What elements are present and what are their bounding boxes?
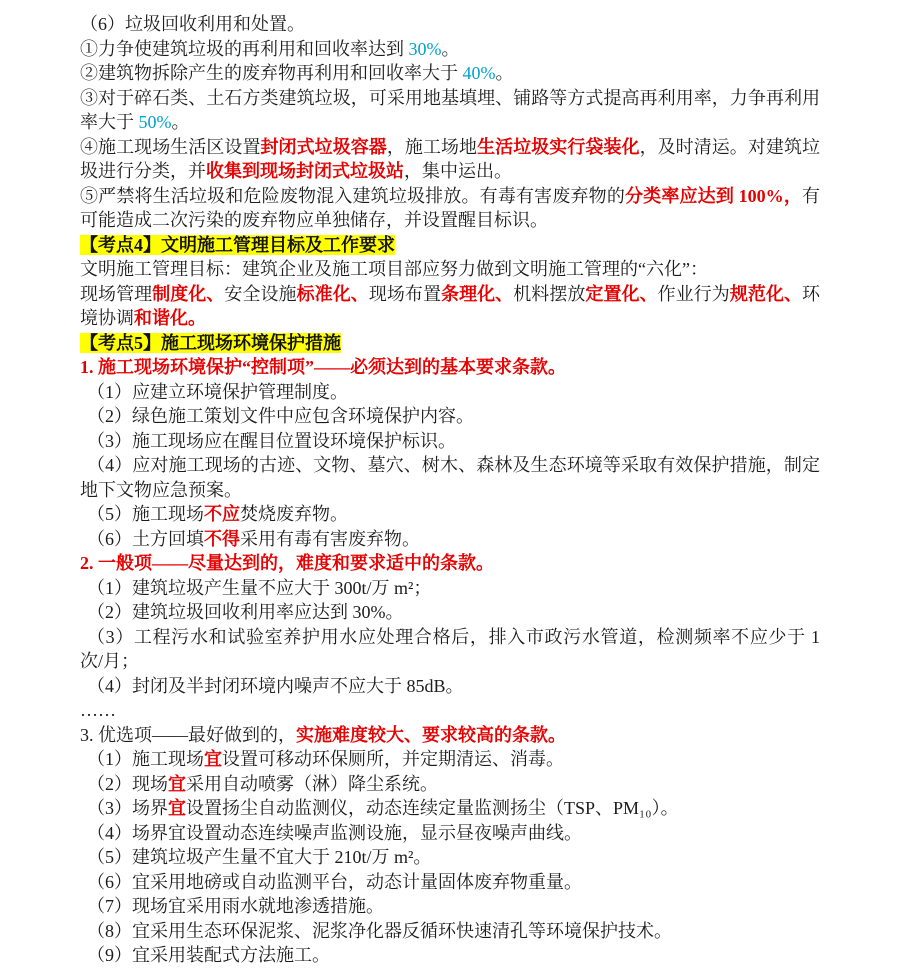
general-item-2: （2）建筑垃圾回收利用率应达到 30%。: [80, 600, 820, 625]
red-emphasis-run: 标准化、: [297, 284, 369, 304]
section-3-preferred-items-heading: 3. 优选项——最好做到的，实施难度较大、要求较高的条款。: [80, 723, 820, 748]
sub-item-4-closed-containers: ④施工现场生活区设置封闭式垃圾容器，施工场地生活垃圾实行袋装化，及时清运。对建筑…: [80, 135, 820, 184]
keypoint-highlight: 【考点4】文明施工管理目标及工作要求: [80, 235, 395, 255]
text-run: 作业行为: [658, 284, 730, 304]
red-emphasis-run: 条理化、: [441, 284, 513, 304]
red-emphasis-run: 规范化、: [730, 284, 802, 304]
text-run: （1）施工现场: [87, 749, 204, 769]
general-item-4: （4）封闭及半封闭环境内噪声不应大于 85dB。: [80, 674, 820, 699]
text-run: （3）工程污水和试验室养护用水应处理合格后，排入市政污水管道，检测频率不应少于 …: [80, 627, 820, 672]
section-2-general-items-heading: 2. 一般项——尽量达到的，难度和要求适中的条款。: [80, 551, 820, 576]
text-run: 设置扬尘自动监测仪，动态连续定量监测扬尘（TSP、PM₁₀）。: [186, 798, 679, 818]
text-run: （8）宜采用生态环保泥浆、泥浆净化器反循环快速清孔等环境保护技术。: [87, 921, 672, 941]
text-run: 采用有毒有害废弃物。: [240, 529, 420, 549]
text-run: ，集中运出。: [404, 161, 512, 181]
control-item-2: （2）绿色施工策划文件中应包含环境保护内容。: [80, 404, 820, 429]
section-1-control-items-heading: 1. 施工现场环境保护“控制项”——必须达到的基本要求条款。: [80, 355, 820, 380]
text-run: （4）场界宜设置动态连续噪声监测设施，显示昼夜噪声曲线。: [87, 823, 582, 843]
sub-item-5-hazardous-waste: ⑤严禁将生活垃圾和危险废物混入建筑垃圾排放。有毒有害废弃物的分类率应达到 100…: [80, 184, 820, 233]
text-run: ①力争使建筑垃圾的再利用和回收率达到: [80, 39, 409, 59]
text-run: （2）建筑垃圾回收利用率应达到 30%。: [87, 602, 404, 622]
blue-value-run: 30%: [409, 39, 442, 59]
red-emphasis-run: 不应: [204, 504, 240, 524]
preferred-item-6: （6）宜采用地磅或自动监测平台，动态计量固体废弃物重量。: [80, 870, 820, 895]
general-item-3: （3）工程污水和试验室养护用水应处理合格后，排入市政污水管道，检测频率不应少于 …: [80, 625, 820, 674]
preferred-item-3: （3）场界宜设置扬尘自动监测仪，动态连续定量监测扬尘（TSP、PM₁₀）。: [80, 796, 820, 821]
text-run: 机料摆放: [513, 284, 585, 304]
text-run: （6）宜采用地磅或自动监测平台，动态计量固体废弃物重量。: [87, 872, 582, 892]
text-run: （3）施工现场应在醒目位置设环境保护标识。: [87, 431, 456, 451]
red-emphasis-run: 宜: [168, 798, 186, 818]
control-item-4: （4）应对施工现场的古迹、文物、墓穴、树木、森林及生态环境等采取有效保护措施，制…: [80, 453, 820, 502]
preferred-item-7: （7）现场宜采用雨水就地渗透措施。: [80, 894, 820, 919]
sub-item-3-gravel-reuse: ③对于碎石类、土石方类建筑垃圾，可采用地基填埋、铺路等方式提高再利用率，力争再利…: [80, 86, 820, 135]
text-run: 。: [496, 63, 514, 83]
text-run: ，施工场地: [387, 137, 477, 157]
text-run: 设置可移动环保厕所，并定期清运、消毒。: [222, 749, 564, 769]
text-run: 现场管理: [80, 284, 152, 304]
general-item-1: （1）建筑垃圾产生量不应大于 300t/万 m²；: [80, 576, 820, 601]
red-emphasis-run: 和谐化。: [134, 308, 206, 328]
ellipsis-line: ……: [80, 698, 820, 723]
text-run: 采用自动喷雾（淋）降尘系统。: [186, 774, 438, 794]
preferred-item-1: （1）施工现场宜设置可移动环保厕所，并定期清运、消毒。: [80, 747, 820, 772]
sub-item-2-demolition-rate: ②建筑物拆除产生的废弃物再利用和回收率大于 40%。: [80, 61, 820, 86]
text-run: ③对于碎石类、土石方类建筑垃圾，可采用地基填埋、铺路等方式提高再利用率，力争再利…: [80, 88, 820, 133]
text-run: （2）现场: [87, 774, 168, 794]
text-run: （4）应对施工现场的古迹、文物、墓穴、树木、森林及生态环境等采取有效保护措施，制…: [80, 455, 820, 500]
text-run: （5）施工现场: [87, 504, 204, 524]
blue-value-run: 50%: [139, 112, 172, 132]
text-run: （6）垃圾回收利用和处置。: [80, 14, 305, 34]
text-run: 安全设施: [224, 284, 296, 304]
text-run: （2）绿色施工策划文件中应包含环境保护内容。: [87, 406, 474, 426]
text-run: （4）封闭及半封闭环境内噪声不应大于 85dB。: [87, 676, 464, 696]
text-run: 3. 优选项——最好做到的，: [80, 725, 296, 745]
civilized-construction-goal: 文明施工管理目标：建筑企业及施工项目部应努力做到文明施工管理的“六化”：: [80, 257, 820, 282]
keypoint-4-heading: 【考点4】文明施工管理目标及工作要求: [80, 233, 820, 258]
red-emphasis-run: 制度化、: [152, 284, 224, 304]
text-run: （7）现场宜采用雨水就地渗透措施。: [87, 896, 384, 916]
preferred-item-8: （8）宜采用生态环保泥浆、泥浆净化器反循环快速清孔等环境保护技术。: [80, 919, 820, 944]
control-item-1: （1）应建立环境保护管理制度。: [80, 380, 820, 405]
text-run: 文明施工管理目标：建筑企业及施工项目部应努力做到文明施工管理的“六化”：: [80, 259, 708, 279]
preferred-item-5: （5）建筑垃圾产生量不宜大于 210t/万 m²。: [80, 845, 820, 870]
preferred-item-2: （2）现场宜采用自动喷雾（淋）降尘系统。: [80, 772, 820, 797]
red-emphasis-run: 2. 一般项——尽量达到的，难度和要求适中的条款。: [80, 553, 494, 573]
keypoint-5-heading: 【考点5】施工现场环境保护措施: [80, 331, 820, 356]
red-emphasis-run: 不得: [204, 529, 240, 549]
text-run: 。: [442, 39, 460, 59]
red-emphasis-run: 分类率应达到 100%，: [625, 186, 802, 206]
text-run: （6）土方回填: [87, 529, 204, 549]
text-run: 现场布置: [369, 284, 441, 304]
text-run: （5）建筑垃圾产生量不宜大于 210t/万 m²。: [87, 847, 431, 867]
red-emphasis-run: 收集到现场封闭式垃圾站: [206, 161, 404, 181]
red-emphasis-run: 封闭式垃圾容器: [261, 137, 387, 157]
red-emphasis-run: 定置化、: [585, 284, 657, 304]
keypoint-highlight: 【考点5】施工现场环境保护措施: [80, 333, 341, 353]
text-run: ……: [80, 700, 116, 720]
text-run: （1）应建立环境保护管理制度。: [87, 382, 348, 402]
control-item-5: （5）施工现场不应焚烧废弃物。: [80, 502, 820, 527]
control-item-6: （6）土方回填不得采用有毒有害废弃物。: [80, 527, 820, 552]
blue-value-run: 40%: [463, 63, 496, 83]
red-emphasis-run: 1. 施工现场环境保护“控制项”——必须达到的基本要求条款。: [80, 357, 566, 377]
preferred-item-9: （9）宜采用装配式方法施工。: [80, 943, 820, 968]
document-page: （6）垃圾回收利用和处置。①力争使建筑垃圾的再利用和回收率达到 30%。②建筑物…: [0, 0, 902, 975]
text-run: 。: [172, 112, 190, 132]
red-emphasis-run: 宜: [204, 749, 222, 769]
text-run: （3）场界: [87, 798, 168, 818]
text-run: （1）建筑垃圾产生量不应大于 300t/万 m²；: [87, 578, 431, 598]
sub-item-1-reuse-rate: ①力争使建筑垃圾的再利用和回收率达到 30%。: [80, 37, 820, 62]
text-run: 焚烧废弃物。: [240, 504, 348, 524]
six-izations-line: 现场管理制度化、安全设施标准化、现场布置条理化、机料摆放定置化、作业行为规范化、…: [80, 282, 820, 331]
preferred-item-4: （4）场界宜设置动态连续噪声监测设施，显示昼夜噪声曲线。: [80, 821, 820, 846]
text-run: ②建筑物拆除产生的废弃物再利用和回收率大于: [80, 63, 463, 83]
list-item-6-waste-recycling: （6）垃圾回收利用和处置。: [80, 12, 820, 37]
control-item-3: （3）施工现场应在醒目位置设环境保护标识。: [80, 429, 820, 454]
text-run: ⑤严禁将生活垃圾和危险废物混入建筑垃圾排放。有毒有害废弃物的: [80, 186, 625, 206]
text-run: （9）宜采用装配式方法施工。: [87, 945, 330, 965]
red-emphasis-run: 生活垃圾实行袋装化: [477, 137, 639, 157]
red-emphasis-run: 宜: [168, 774, 186, 794]
text-run: ④施工现场生活区设置: [80, 137, 261, 157]
red-emphasis-run: 实施难度较大、要求较高的条款。: [296, 725, 566, 745]
